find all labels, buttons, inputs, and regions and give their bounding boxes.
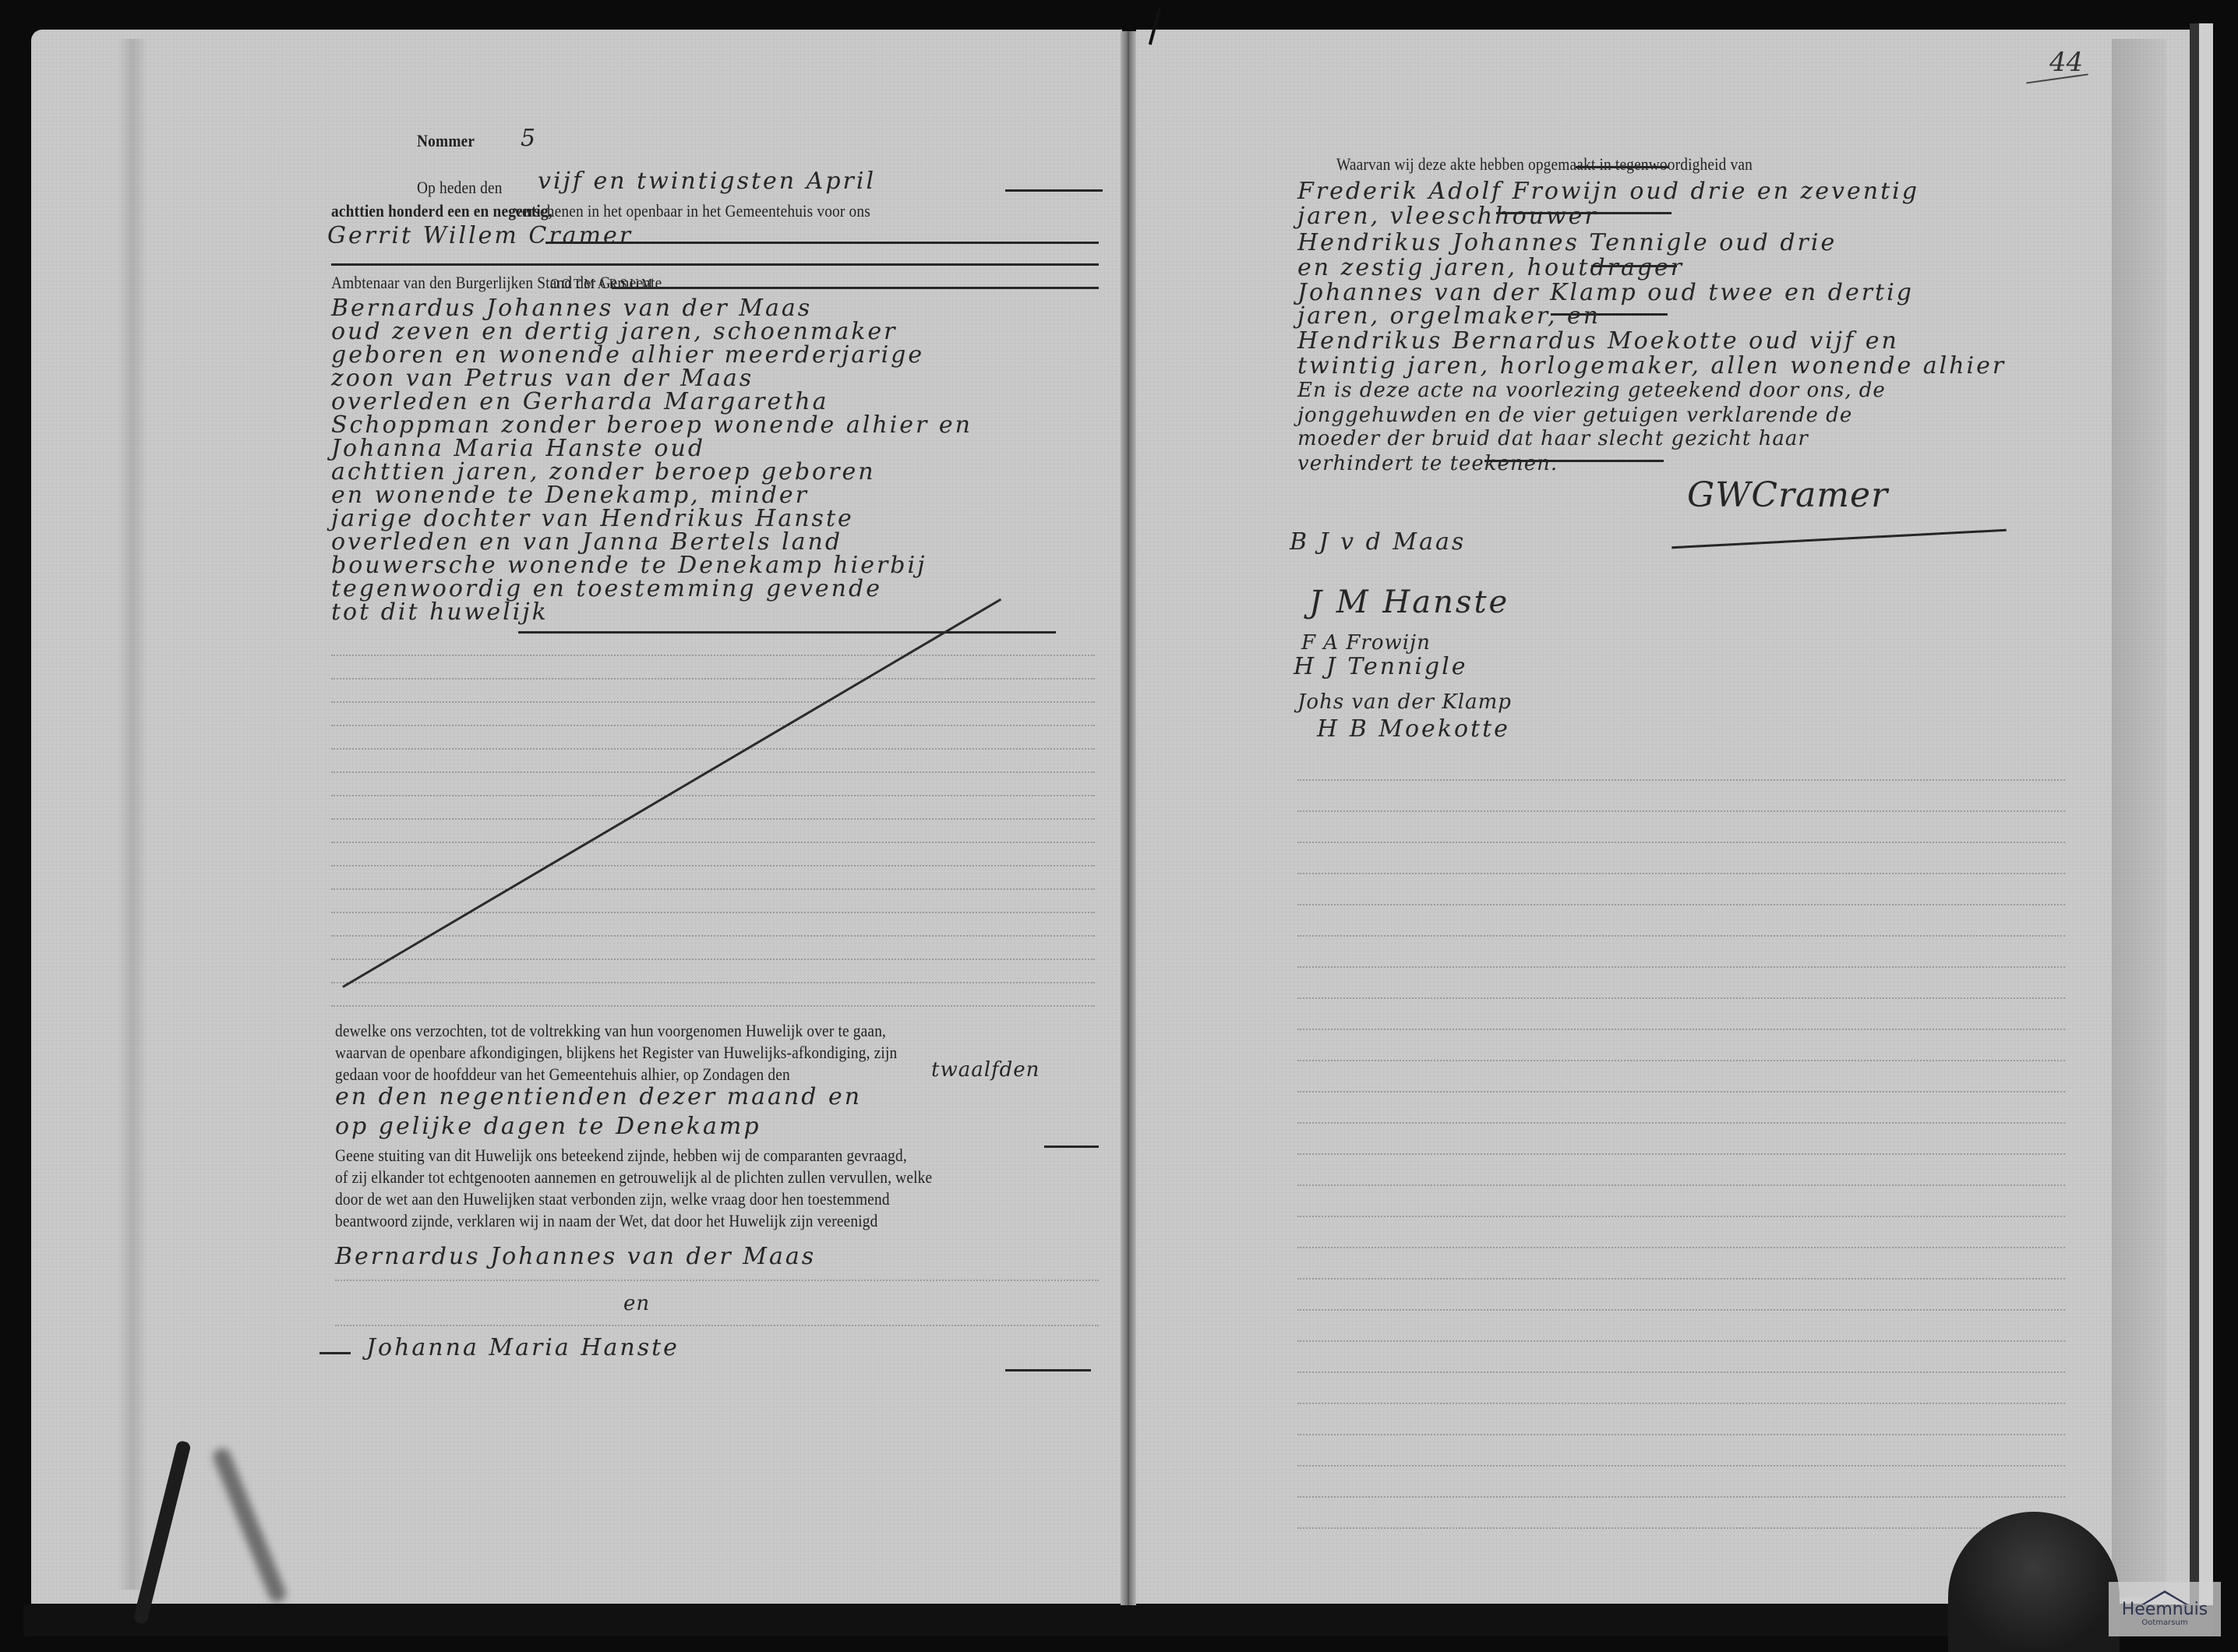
- date-handwritten: vijf en twintigsten April: [538, 168, 876, 195]
- officer-signature: GWCramer: [1687, 475, 1888, 515]
- gemeente-name: OOTMARSUM: [550, 276, 655, 292]
- ruled-line: [331, 842, 1095, 843]
- fill-rule: [1576, 166, 1669, 168]
- ruled-line: [1297, 1309, 2065, 1311]
- fill-rule: [1005, 1369, 1091, 1371]
- ruled-line: [1297, 779, 2065, 781]
- ruled-line: [1297, 935, 2065, 937]
- bride-name-handwritten: Johanna Maria Hanste: [366, 1334, 680, 1361]
- heemhuis-watermark: Heemhuis Ootmarsum: [2109, 1582, 2221, 1636]
- ruled-line: [331, 818, 1095, 820]
- ruled-line: [1297, 1091, 2065, 1093]
- fill-rule: [1484, 460, 1664, 462]
- waarvan-intro: Waarvan wij deze akte hebben opgemaakt i…: [1336, 154, 1753, 175]
- ruled-line: [1297, 1527, 2065, 1529]
- fill-rule: [1496, 212, 1671, 214]
- ruled-line: [331, 982, 1095, 983]
- page-edge-shadow-right: [2112, 39, 2166, 1597]
- ruled-line: [331, 888, 1095, 890]
- afkondiging-date-2: en den negentienden dezer maand en: [335, 1083, 862, 1110]
- printed-line: dewelke ons verzochten, tot de voltrekki…: [335, 1021, 886, 1041]
- ruled-line: [1297, 1371, 2065, 1373]
- ruled-line: [1297, 873, 2065, 874]
- ruled-line: [331, 935, 1095, 937]
- ruled-line: [331, 655, 1095, 656]
- signature-witness: F A Frowijn: [1301, 631, 1431, 655]
- witness-line: jaren, vleeschhouwer: [1297, 203, 1598, 230]
- ruled-line: [335, 1325, 1099, 1326]
- cover-edge: [2190, 23, 2199, 1629]
- printed-line: of zij elkander tot echtgenooten aanneme…: [335, 1167, 932, 1188]
- page-number: 44: [2049, 47, 2083, 78]
- page-edge-shadow: [117, 39, 148, 1590]
- witness-line: verhindert te teekenen.: [1297, 452, 1558, 475]
- table-surface: [23, 1605, 2213, 1636]
- op-heden-label: Op heden den: [417, 178, 503, 198]
- fill-rule: [1044, 1145, 1099, 1148]
- ruled-line: [331, 701, 1095, 703]
- fill-rule: [1591, 265, 1677, 267]
- witness-line: jaren, orgelmaker, en: [1297, 302, 1601, 330]
- signature-witness: H B Moekotte: [1317, 715, 1510, 743]
- afkondiging-date-1: twaalfden: [931, 1058, 1040, 1082]
- ruled-line: [331, 725, 1095, 726]
- witness-line: moeder der bruid dat haar slecht gezicht…: [1297, 427, 1809, 450]
- ruled-line: [331, 771, 1095, 773]
- witness-line: en zestig jaren, houtdrager: [1297, 254, 1684, 281]
- printed-line: gedaan voor de hoofddeur van het Gemeent…: [335, 1064, 790, 1085]
- ruled-line: [331, 795, 1095, 796]
- ruled-line: [1297, 810, 2065, 812]
- printed-line: Geene stuiting van dit Huwelijk ons bete…: [335, 1145, 907, 1166]
- fill-rule: [1005, 189, 1103, 192]
- fill-rule: [518, 631, 1056, 634]
- fill-rule: [331, 263, 1099, 266]
- body-line: tot dit huwelijk: [331, 598, 549, 626]
- signature-witness: Johs van der Klamp: [1297, 690, 1512, 714]
- ruled-line: [331, 678, 1095, 680]
- cover-edge-light: [2199, 23, 2213, 1629]
- ruled-line: [1297, 1496, 2065, 1498]
- book-gutter: [1121, 31, 1136, 1605]
- en-handwritten: en: [623, 1292, 650, 1315]
- watermark-place: Ootmarsum: [2141, 1618, 2187, 1628]
- nommer-label: Nommer: [417, 131, 475, 151]
- fill-rule: [612, 287, 1099, 289]
- ruled-line: [1297, 842, 2065, 843]
- ruled-line: [1297, 1216, 2065, 1217]
- ruled-line: [331, 912, 1095, 913]
- fill-rule: [319, 1352, 351, 1354]
- fill-rule: [1551, 313, 1668, 316]
- left-page: [31, 30, 1122, 1604]
- nommer-value: 5: [521, 125, 538, 152]
- ruled-line: [1297, 1403, 2065, 1404]
- witness-line: En is deze acte na voorlezing geteekend …: [1297, 379, 1886, 402]
- printed-line: door de wet aan den Huwelijken staat ver…: [335, 1189, 890, 1209]
- witness-line: twintig jaren, horlogemaker, allen wonen…: [1297, 352, 2006, 379]
- witness-line: Frederik Adolf Frowijn oud drie en zeven…: [1297, 178, 1919, 205]
- ruled-line: [1297, 1060, 2065, 1061]
- ruled-line: [331, 748, 1095, 750]
- witness-line: jonggehuwden en de vier getuigen verklar…: [1297, 404, 1852, 427]
- ruled-line: [331, 865, 1095, 867]
- printed-line: beantwoord zijnde, verklaren wij in naam…: [335, 1211, 878, 1231]
- ruled-line: [1297, 1465, 2065, 1467]
- ruled-line: [1297, 1184, 2065, 1186]
- ruled-line: [331, 1005, 1095, 1007]
- printed-line: waarvan de openbare afkondigingen, blijk…: [335, 1043, 897, 1063]
- witness-line: Hendrikus Johannes Tennigle oud drie: [1297, 229, 1837, 256]
- signature-groom: B J v d Maas: [1290, 528, 1466, 556]
- signature-witness: H J Tennigle: [1294, 653, 1468, 680]
- officer-name-handwritten: Gerrit Willem Cramer: [327, 222, 633, 249]
- house-roof-icon: [2141, 1590, 2188, 1604]
- ruled-line: [1297, 1278, 2065, 1280]
- ruled-line: [1297, 1153, 2065, 1155]
- ruled-line: [1297, 1122, 2065, 1124]
- groom-name-handwritten: Bernardus Johannes van der Maas: [335, 1243, 816, 1270]
- afkondiging-place: op gelijke dagen te Denekamp: [335, 1113, 761, 1140]
- ruled-line: [1297, 904, 2065, 905]
- ruled-line: [1297, 1340, 2065, 1342]
- ruled-line: [1297, 966, 2065, 968]
- witness-line: Hendrikus Bernardus Moekotte oud vijf en: [1297, 327, 1899, 355]
- signature-bride: J M Hanste: [1309, 584, 1509, 620]
- ruled-line: [335, 1280, 1099, 1281]
- verschenen-text: verschenen in het openbaar in het Gemeen…: [514, 201, 870, 221]
- ruled-line: [331, 958, 1095, 960]
- fill-rule: [545, 242, 1099, 244]
- ruled-line: [1297, 1029, 2065, 1030]
- ruled-line: [1297, 1434, 2065, 1435]
- ruled-line: [1297, 1247, 2065, 1248]
- ruled-line: [1297, 997, 2065, 999]
